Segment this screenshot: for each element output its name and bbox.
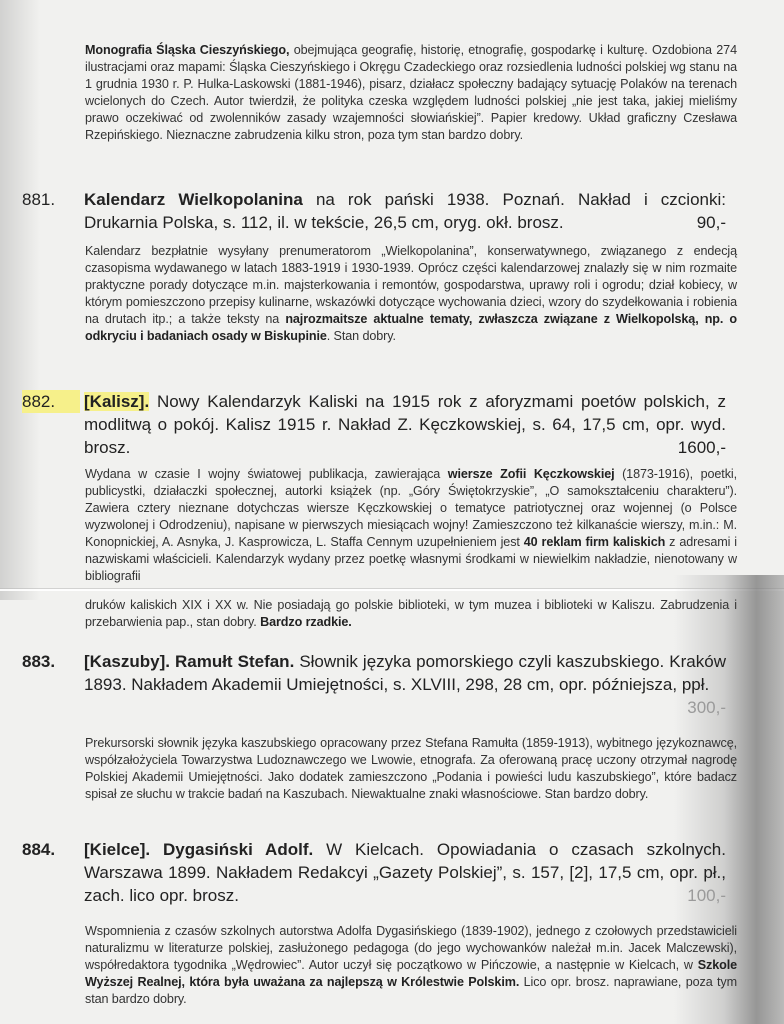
entry-881-description: Kalendarz bezpłatnie wysyłany prenumerat…: [85, 243, 737, 345]
entry-number: 881.: [22, 188, 80, 211]
entry-title: [Kaszuby]. Ramułt Stefan. Słownik języka…: [84, 650, 726, 696]
entry-price: 100,-: [687, 884, 726, 907]
entry-882-heading: 882. [Kalisz]. Nowy Kalendarzyk Kaliski …: [22, 390, 726, 459]
entry-title-bold: [Kalisz].: [84, 392, 149, 411]
entry-title-rest: Nowy Kalendarzyk Kaliski na 1915 rok z a…: [84, 392, 726, 457]
entry-price: 90,-: [697, 211, 726, 234]
desc-text: Wspomnienia z czasów szkolnych autorstwa…: [85, 924, 737, 972]
entry-price: 300,-: [687, 696, 726, 719]
entry-number: 883.: [22, 650, 80, 673]
intro-text: obejmująca geografię, historię, etnograf…: [85, 43, 737, 142]
desc-text: druków kaliskich XIX i XX w. Nie posiada…: [85, 598, 737, 629]
entry-881-heading: 881. Kalendarz Wielkopolanina na rok pań…: [22, 188, 726, 234]
desc-bold: 40 reklam firm kaliskich: [524, 535, 665, 549]
desc-text: Wydana w czasie I wojny światowej publik…: [85, 467, 448, 481]
intro-description: Monografia Śląska Cieszyńskiego, obejmuj…: [85, 42, 737, 144]
entry-884-heading: 884. [Kielce]. Dygasiński Adolf. W Kielc…: [22, 838, 726, 907]
desc-text: Prekursorski słownik języka kaszubskiego…: [85, 736, 737, 801]
entry-number: 884.: [22, 838, 80, 861]
entry-title-bold: [Kielce]. Dygasiński Adolf.: [84, 840, 313, 859]
desc-bold: wiersze Zofii Kęczkowskiej: [448, 467, 615, 481]
desc-text: . Stan dobry.: [327, 329, 396, 343]
entry-title: [Kielce]. Dygasiński Adolf. W Kielcach. …: [84, 838, 726, 907]
scan-edge-left: [0, 0, 40, 600]
page-fold-line: [0, 589, 784, 591]
entry-number: 882.: [22, 390, 80, 413]
desc-bold: Bardzo rzadkie.: [260, 615, 352, 629]
entry-price: 1600,-: [678, 436, 726, 459]
entry-title: [Kalisz]. Nowy Kalendarzyk Kaliski na 19…: [84, 390, 726, 459]
entry-883-heading: 883. [Kaszuby]. Ramułt Stefan. Słownik j…: [22, 650, 726, 719]
intro-title: Monografia Śląska Cieszyńskiego,: [85, 43, 289, 57]
entry-title-bold: Kalendarz Wielkopolanina: [84, 190, 303, 209]
entry-title: Kalendarz Wielkopolanina na rok pański 1…: [84, 188, 726, 234]
entry-883-description: Prekursorski słownik języka kaszubskiego…: [85, 735, 737, 803]
entry-884-description: Wspomnienia z czasów szkolnych autorstwa…: [85, 923, 737, 1008]
entry-882-description: Wydana w czasie I wojny światowej publik…: [85, 466, 737, 585]
entry-882-description-continued: druków kaliskich XIX i XX w. Nie posiada…: [85, 597, 737, 631]
entry-title-bold: [Kaszuby]. Ramułt Stefan.: [84, 652, 294, 671]
